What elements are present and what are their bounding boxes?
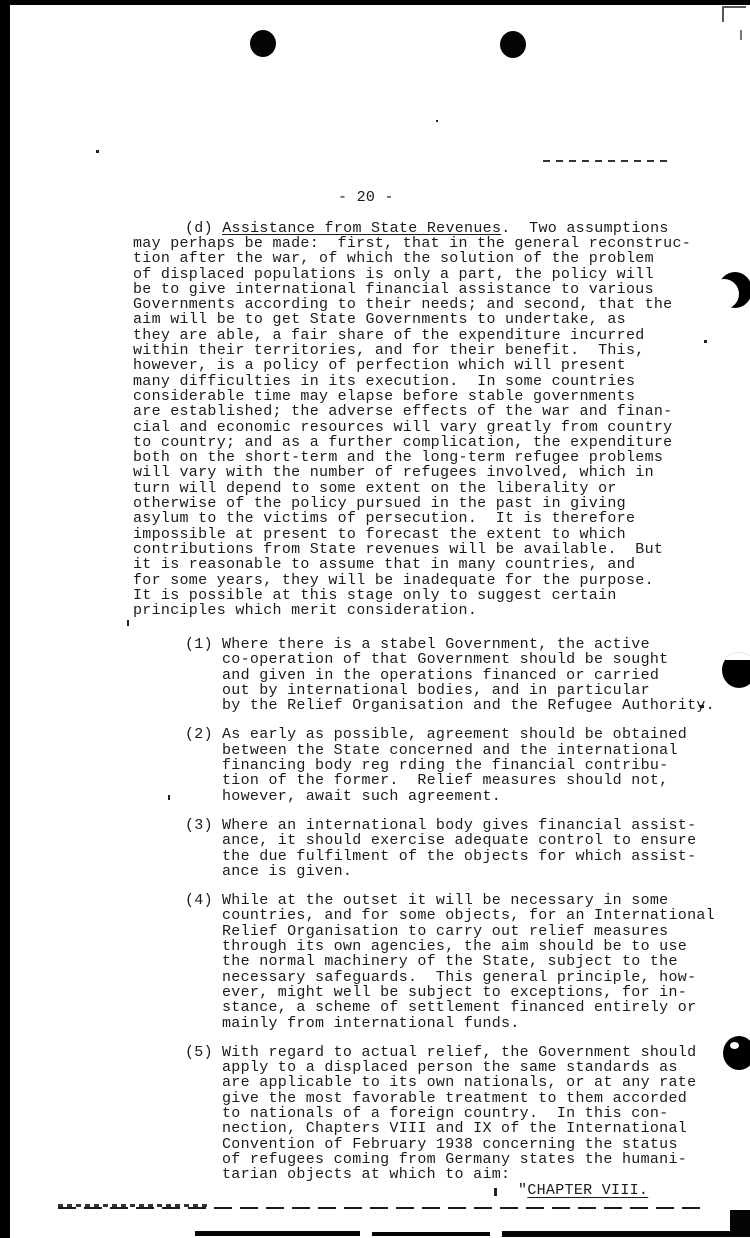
scan-corner-mark xyxy=(722,6,724,22)
punch-hole-right xyxy=(500,31,526,58)
scan-speck xyxy=(96,150,99,153)
scan-edge-bottom-segment xyxy=(372,1232,490,1236)
scan-speck xyxy=(494,1188,497,1196)
principles-numbered-list: (1) Where there is a stabel Government, … xyxy=(185,637,725,1197)
scan-edge-left xyxy=(0,0,10,1238)
list-item: (5) With regard to actual relief, the Go… xyxy=(185,1045,725,1183)
scan-edge-bottom-segment xyxy=(195,1231,360,1236)
list-item: (3) Where an international body gives fi… xyxy=(185,818,725,879)
scanned-document-page: - 20 - (d) Assistance from State Revenue… xyxy=(0,0,750,1238)
scan-edge-bottom-segment xyxy=(502,1231,750,1237)
list-item-text: While at the outset it will be necessary… xyxy=(222,893,725,1031)
punch-hole-left xyxy=(250,30,276,57)
scan-blob-artifact xyxy=(722,652,750,688)
list-item-number: (2) xyxy=(185,727,222,803)
footer-chapter-label: CHAPTER VIII. xyxy=(527,1182,648,1199)
list-item: (2) As early as possible, agreement shou… xyxy=(185,727,725,803)
scan-speck xyxy=(168,795,170,800)
footer-catchword: "CHAPTER VIII. xyxy=(518,1183,648,1198)
list-item-text: As early as possible, agreement should b… xyxy=(222,727,725,803)
list-item-number: (5) xyxy=(185,1045,222,1183)
list-item: (4) While at the outset it will be neces… xyxy=(185,893,725,1031)
scan-speck xyxy=(436,120,438,122)
list-item-number: (1) xyxy=(185,637,222,713)
scan-blob-artifact xyxy=(730,1210,750,1234)
scan-dotted-line-artifact xyxy=(543,160,668,162)
scan-edge-top xyxy=(0,0,750,5)
list-item-text: With regard to actual relief, the Govern… xyxy=(222,1045,725,1183)
scan-blob-artifact xyxy=(718,272,750,308)
footer-quote-mark: " xyxy=(518,1182,527,1199)
list-item: (1) Where there is a stabel Government, … xyxy=(185,637,725,713)
section-d-paragraph: may perhaps be made: first, that in the … xyxy=(133,236,691,618)
section-d-heading-line: (d) Assistance from State Revenues. Two … xyxy=(133,221,669,236)
list-item-number: (3) xyxy=(185,818,222,879)
list-item-text: Where an international body gives financ… xyxy=(222,818,725,879)
scan-corner-mark xyxy=(722,6,746,8)
scan-blob-artifact xyxy=(723,1036,750,1070)
scan-speck xyxy=(704,340,707,343)
list-item-number: (4) xyxy=(185,893,222,1031)
scan-speck xyxy=(127,620,129,626)
list-item-text: Where there is a stabel Government, the … xyxy=(222,637,725,713)
scan-corner-mark xyxy=(740,30,742,40)
page-number: - 20 - xyxy=(338,190,394,205)
scan-dashed-line-artifact xyxy=(58,1207,708,1209)
scan-dashed-line-artifact xyxy=(58,1204,208,1207)
